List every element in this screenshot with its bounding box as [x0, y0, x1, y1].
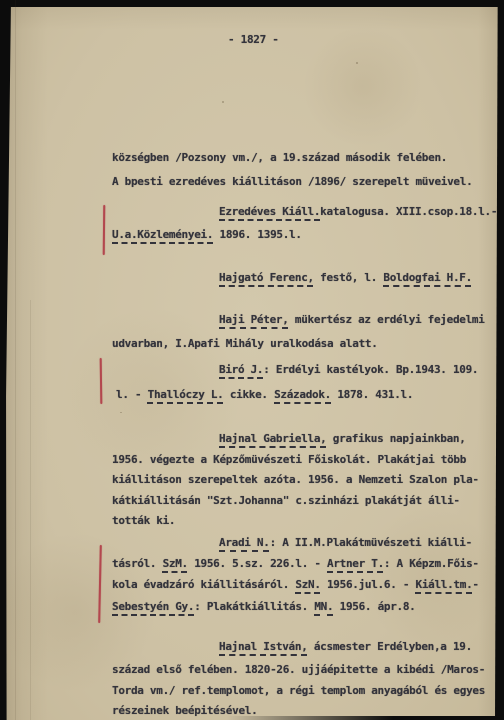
source-title: U.a.Közleményei.	[112, 228, 213, 241]
text-line: század első felében. 1820-26. ujjáépitet…	[112, 663, 485, 677]
paper-crease	[15, 0, 16, 720]
paper-speck	[120, 412, 122, 413]
person-name: Boldogfai H.F.	[383, 271, 472, 284]
text-segment: ácsmester Erdélyben,a 19.	[308, 640, 472, 653]
text-line: kiállitáson szerepeltek azóta. 1956. a N…	[112, 473, 479, 487]
source-title: SzN.	[295, 578, 320, 591]
margin-mark-red	[100, 358, 103, 404]
text-line: udvarban, I.Apafi Mihály uralkodása alat…	[112, 337, 378, 351]
source-title: MN.	[314, 600, 333, 613]
bibliography-line: Ezredéves Kiáll.katalogusa. XIII.csop.18…	[219, 205, 497, 219]
margin-mark-red	[103, 205, 106, 255]
source-title: Ezredéves Kiáll.	[219, 205, 320, 218]
paper-crease	[30, 300, 31, 720]
bibliography-line: Aradi N.: A II.M.Plakátmüvészeti kiálli-	[219, 536, 472, 550]
margin-mark-red	[98, 545, 102, 623]
text-segment: -	[472, 578, 478, 591]
text-line: kátkiállitásán "Szt.Johanna" c.szinházi …	[112, 494, 460, 508]
bibliography-line: tásról. SzM. 1956. 5.sz. 226.l. - Artner…	[112, 557, 479, 571]
text-segment: kiállitáson szerepeltek azóta. 1956. a N…	[112, 473, 479, 486]
entry-heading-line: Haji Péter, mükertész az erdélyi fejedel…	[219, 313, 485, 327]
text-segment: : A II.M.Plakátmüvészeti kiálli-	[270, 536, 472, 549]
text-segment: 1956.jul.6. -	[321, 578, 416, 591]
text-line: Torda vm./ ref.templomot, a régi templom…	[112, 684, 485, 698]
text-segment: kola évadzáró kiállitásáról.	[112, 578, 295, 591]
text-segment: 1956. ápr.8.	[333, 600, 415, 613]
text-segment: 1956. 5.sz. 226.l. -	[188, 557, 327, 570]
author-name: Aradi N.	[219, 536, 270, 549]
bibliography-line: l. - Thallóczy L. cikke. Századok. 1878.…	[116, 388, 413, 402]
text-line: 1956. végezte a Képzőmüvészeti Főiskolát…	[112, 453, 466, 467]
text-segment: grafikus napjainkban,	[326, 432, 465, 445]
text-segment: 1896. 1395.l.	[213, 228, 302, 241]
text-segment: kátkiállitásán "Szt.Johanna" c.szinházi …	[112, 494, 460, 507]
text-segment: század első felében. 1820-26. ujjáépitet…	[112, 663, 485, 676]
text-segment: 1878. 431.l.	[331, 388, 413, 401]
bibliography-line: Biró J.: Erdélyi kastélyok. Bp.1943. 109…	[219, 363, 478, 377]
scan-edge-left	[0, 0, 11, 720]
text-segment: részeinek beépitésével.	[112, 704, 257, 717]
text-line: tották ki.	[112, 514, 175, 528]
entry-heading-line: Hajnal Gabriella, grafikus napjainkban,	[219, 432, 466, 446]
scanned-document-page: - 1827 - községben /Pozsony vm./, a 19.s…	[0, 0, 504, 720]
text-segment: : A Képzm.Főis-	[384, 557, 479, 570]
paper-speck	[222, 101, 224, 103]
person-name: Hajgató Ferenc,	[219, 271, 314, 284]
text-segment: katalogusa. XIII.csop.18.l.-	[320, 205, 497, 218]
source-title: SzM.	[163, 557, 188, 570]
text-segment: Torda vm./ ref.templomot, a régi templom…	[112, 684, 485, 697]
scan-edge-right	[495, 0, 504, 720]
author-name: Thallóczy L.	[148, 388, 224, 401]
text-line: részeinek beépitésével.	[112, 704, 257, 718]
author-name: Sebestyén Gy.	[112, 600, 194, 613]
text-segment: : Erdélyi kastélyok. Bp.1943. 109.	[263, 363, 478, 376]
author-name: Artner T.	[327, 557, 384, 570]
entry-heading-line: Hajgató Ferenc, festő, l. Boldogfai H.F.	[219, 271, 472, 285]
scan-edge-top	[0, 0, 504, 7]
person-name: Hajnal Gabriella,	[219, 432, 326, 445]
text-segment: l. -	[116, 388, 148, 401]
text-segment: tották ki.	[112, 514, 175, 527]
text-segment: tásról.	[112, 557, 163, 570]
source-title: Századok.	[274, 388, 331, 401]
text-segment: cikke.	[224, 388, 275, 401]
person-name: Hajnal István,	[219, 640, 308, 653]
text-segment: 1956. végezte a Képzőmüvészeti Főiskolát…	[112, 453, 466, 466]
text-line: A bpesti ezredéves kiállitáson /1896/ sz…	[112, 175, 472, 189]
page-number: - 1827 -	[228, 33, 279, 46]
bibliography-line: U.a.Közleményei. 1896. 1395.l.	[112, 228, 302, 242]
person-name: Haji Péter,	[219, 313, 289, 326]
text-segment: festő, l.	[314, 271, 384, 284]
text-segment: : Plakátkiállitás.	[194, 600, 314, 613]
text-segment: községben /Pozsony vm./, a 19.század más…	[112, 151, 447, 164]
bibliography-line: kola évadzáró kiállitásáról. SzN. 1956.j…	[112, 578, 479, 592]
text-segment: A bpesti ezredéves kiállitáson /1896/ sz…	[112, 175, 472, 188]
paper-speck	[356, 62, 358, 64]
source-title: Kiáll.tm.	[416, 578, 473, 591]
text-segment: udvarban, I.Apafi Mihály uralkodása alat…	[112, 337, 378, 350]
text-line: községben /Pozsony vm./, a 19.század más…	[112, 151, 447, 165]
author-name: Biró J.	[219, 363, 263, 376]
bibliography-line: Sebestyén Gy.: Plakátkiállitás. MN. 1956…	[112, 600, 416, 614]
text-segment: mükertész az erdélyi fejedelmi	[289, 313, 485, 326]
entry-heading-line: Hajnal István, ácsmester Erdélyben,a 19.	[219, 640, 472, 654]
